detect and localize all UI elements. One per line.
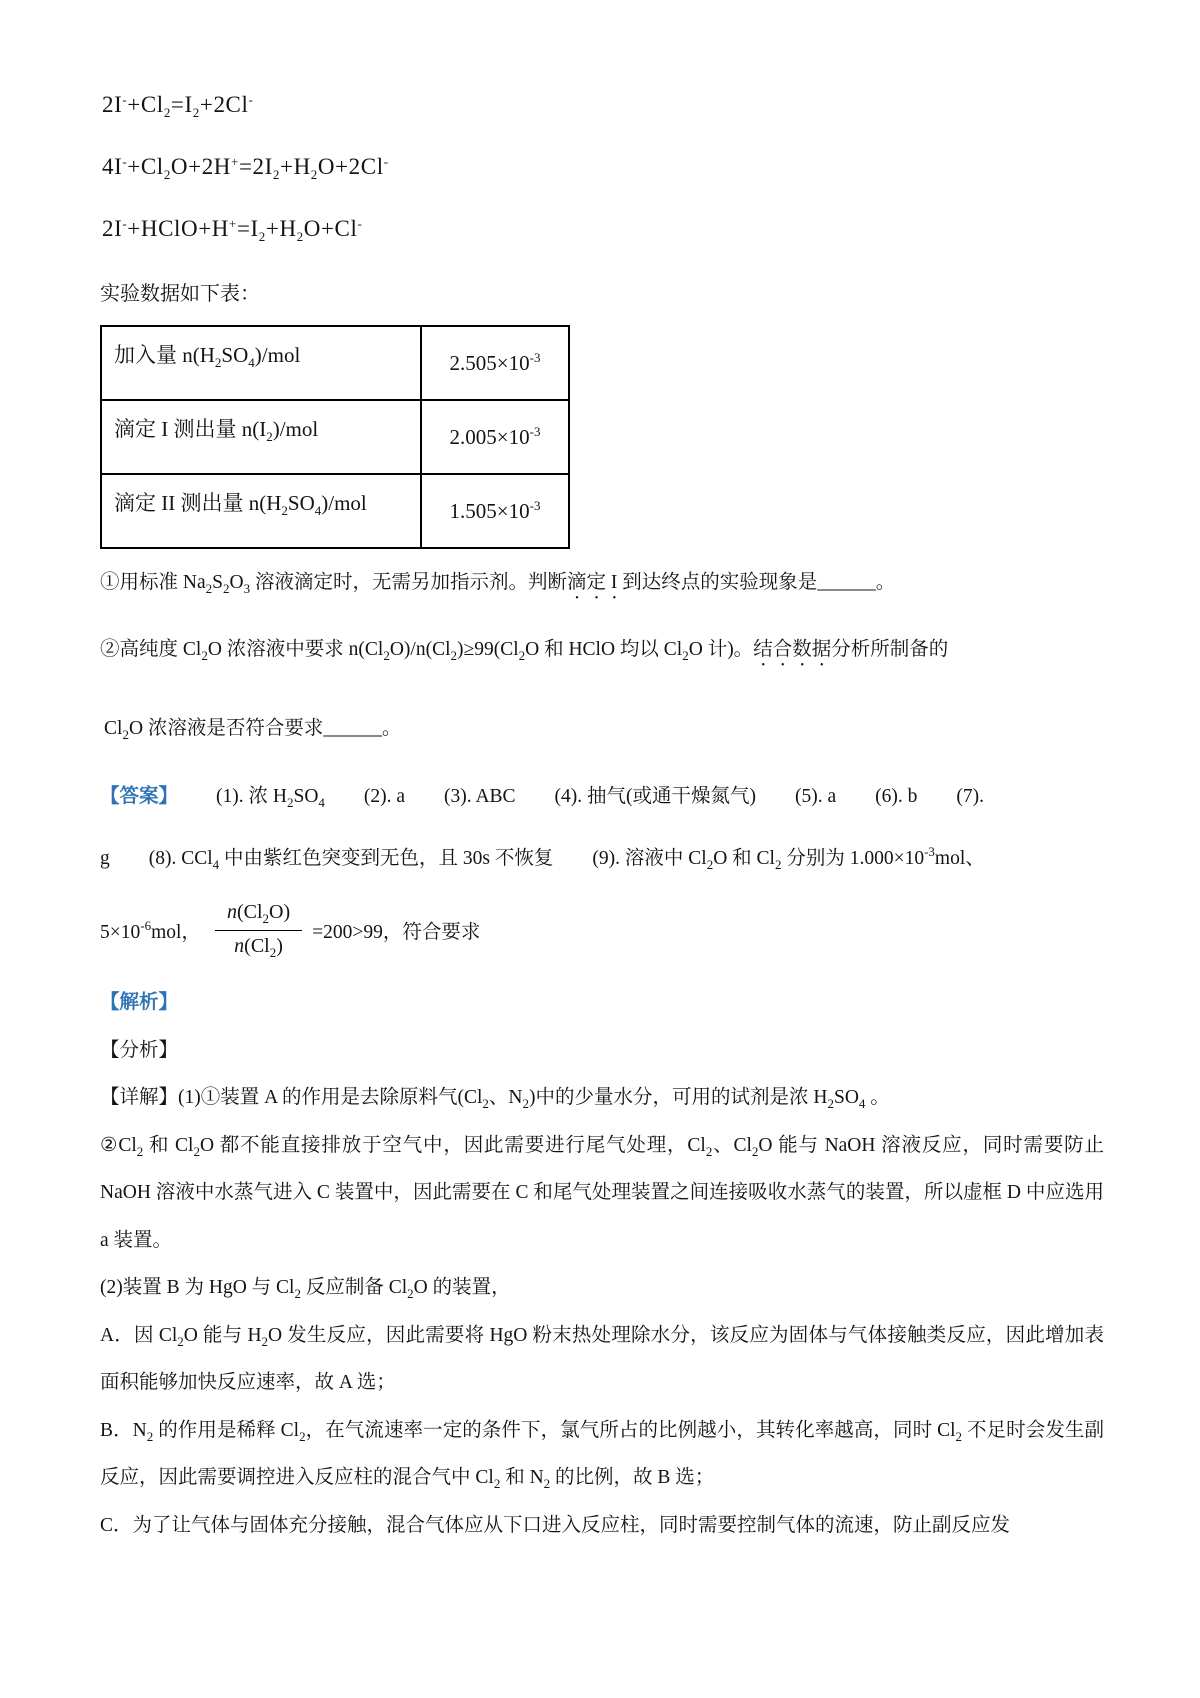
detail-para-3: (2)装置 B 为 HgO 与 Cl2 反应制备 Cl2O 的装置， — [100, 1264, 1104, 1312]
table-cell-value: 2.505×10-3 — [421, 326, 569, 400]
table-intro-text: 实验数据如下表： — [100, 280, 1104, 308]
fraction-numerator: n(Cl2O) — [215, 899, 302, 931]
jiexi-label: 【解析】 — [100, 979, 1104, 1027]
detail-para-B: B．N2 的作用是稀释 Cl2，在气流速率一定的条件下，氯气所占的比例越小，其转… — [100, 1407, 1104, 1502]
detail-para-C: C．为了让气体与固体充分接触，混合气体应从下口进入反应柱，同时需要控制气体的流速… — [100, 1502, 1104, 1550]
fraction-denominator: n(Cl2) — [215, 931, 302, 960]
question-line-1: ①用标准 Na2S2O3 溶液滴定时，无需另加指示剂。判断滴定 I 到达终点的实… — [100, 569, 1104, 604]
table-cell-label: 滴定 II 测出量 n(H2SO4)/mol — [101, 474, 421, 548]
explanation-block: 【解析】 【分析】 【详解】(1)①装置 A 的作用是去除原料气(Cl2、N2)… — [100, 979, 1104, 1549]
equation-3: 2I-+HClO+H+=I2+H2O+Cl- — [102, 212, 1104, 246]
answer-label: 【答案】 — [100, 786, 178, 807]
answer-items-1: (1). 浓 H2SO4 (2). a (3). ABC (4). 抽气(或通干… — [216, 786, 984, 807]
fraction-prefix: 5×10-6mol， — [100, 916, 201, 944]
table-cell-label: 加入量 n(H2SO4)/mol — [101, 326, 421, 400]
mole-ratio-fraction: n(Cl2O) n(Cl2) — [215, 899, 302, 960]
table-cell-value: 1.505×10-3 — [421, 474, 569, 548]
detail-para-A: A．因 Cl2O 能与 H2O 发生反应，因此需要将 HgO 粉末热处理除水分，… — [100, 1312, 1104, 1407]
equation-1: 2I-+Cl2=I2+2Cl- — [102, 88, 1104, 122]
table-row: 加入量 n(H2SO4)/mol 2.505×10-3 — [101, 326, 569, 400]
table-cell-value: 2.005×10-3 — [421, 400, 569, 474]
fenxi-label: 【分析】 — [100, 1027, 1104, 1075]
table-row: 滴定 I 测出量 n(I2)/mol 2.005×10-3 — [101, 400, 569, 474]
detail-line-1: 【详解】(1)①装置 A 的作用是去除原料气(Cl2、N2)中的少量水分，可用的… — [100, 1074, 1104, 1122]
table-cell-label: 滴定 I 测出量 n(I2)/mol — [101, 400, 421, 474]
question-line-2: ②高纯度 Cl2O 浓溶液中要求 n(Cl2O)/n(Cl2)≥99(Cl2O … — [100, 636, 1104, 671]
question-line-3: Cl2O 浓溶液是否符合要求______。 — [104, 715, 1104, 743]
answer-line-1: 【答案】(1). 浓 H2SO4 (2). a (3). ABC (4). 抽气… — [100, 783, 1104, 811]
table-row: 滴定 II 测出量 n(H2SO4)/mol 1.505×10-3 — [101, 474, 569, 548]
fraction-result: =200>99，符合要求 — [312, 916, 480, 944]
answer-line-2: g (8). CCl4 中由紫红色突变到无色，且 30s 不恢复 (9). 溶液… — [100, 845, 1104, 873]
document-page: 2I-+Cl2=I2+2Cl- 4I-+Cl2O+2H+=2I2+H2O+2Cl… — [0, 0, 1200, 1698]
detail-para-2: ②Cl2 和 Cl2O 都不能直接排放于空气中，因此需要进行尾气处理，Cl2、C… — [100, 1122, 1104, 1265]
answer-line-3: 5×10-6mol， n(Cl2O) n(Cl2) =200>99，符合要求 — [100, 893, 1104, 966]
equation-2: 4I-+Cl2O+2H+=2I2+H2O+2Cl- — [102, 150, 1104, 184]
experiment-data-table: 加入量 n(H2SO4)/mol 2.505×10-3 滴定 I 测出量 n(I… — [100, 325, 570, 549]
